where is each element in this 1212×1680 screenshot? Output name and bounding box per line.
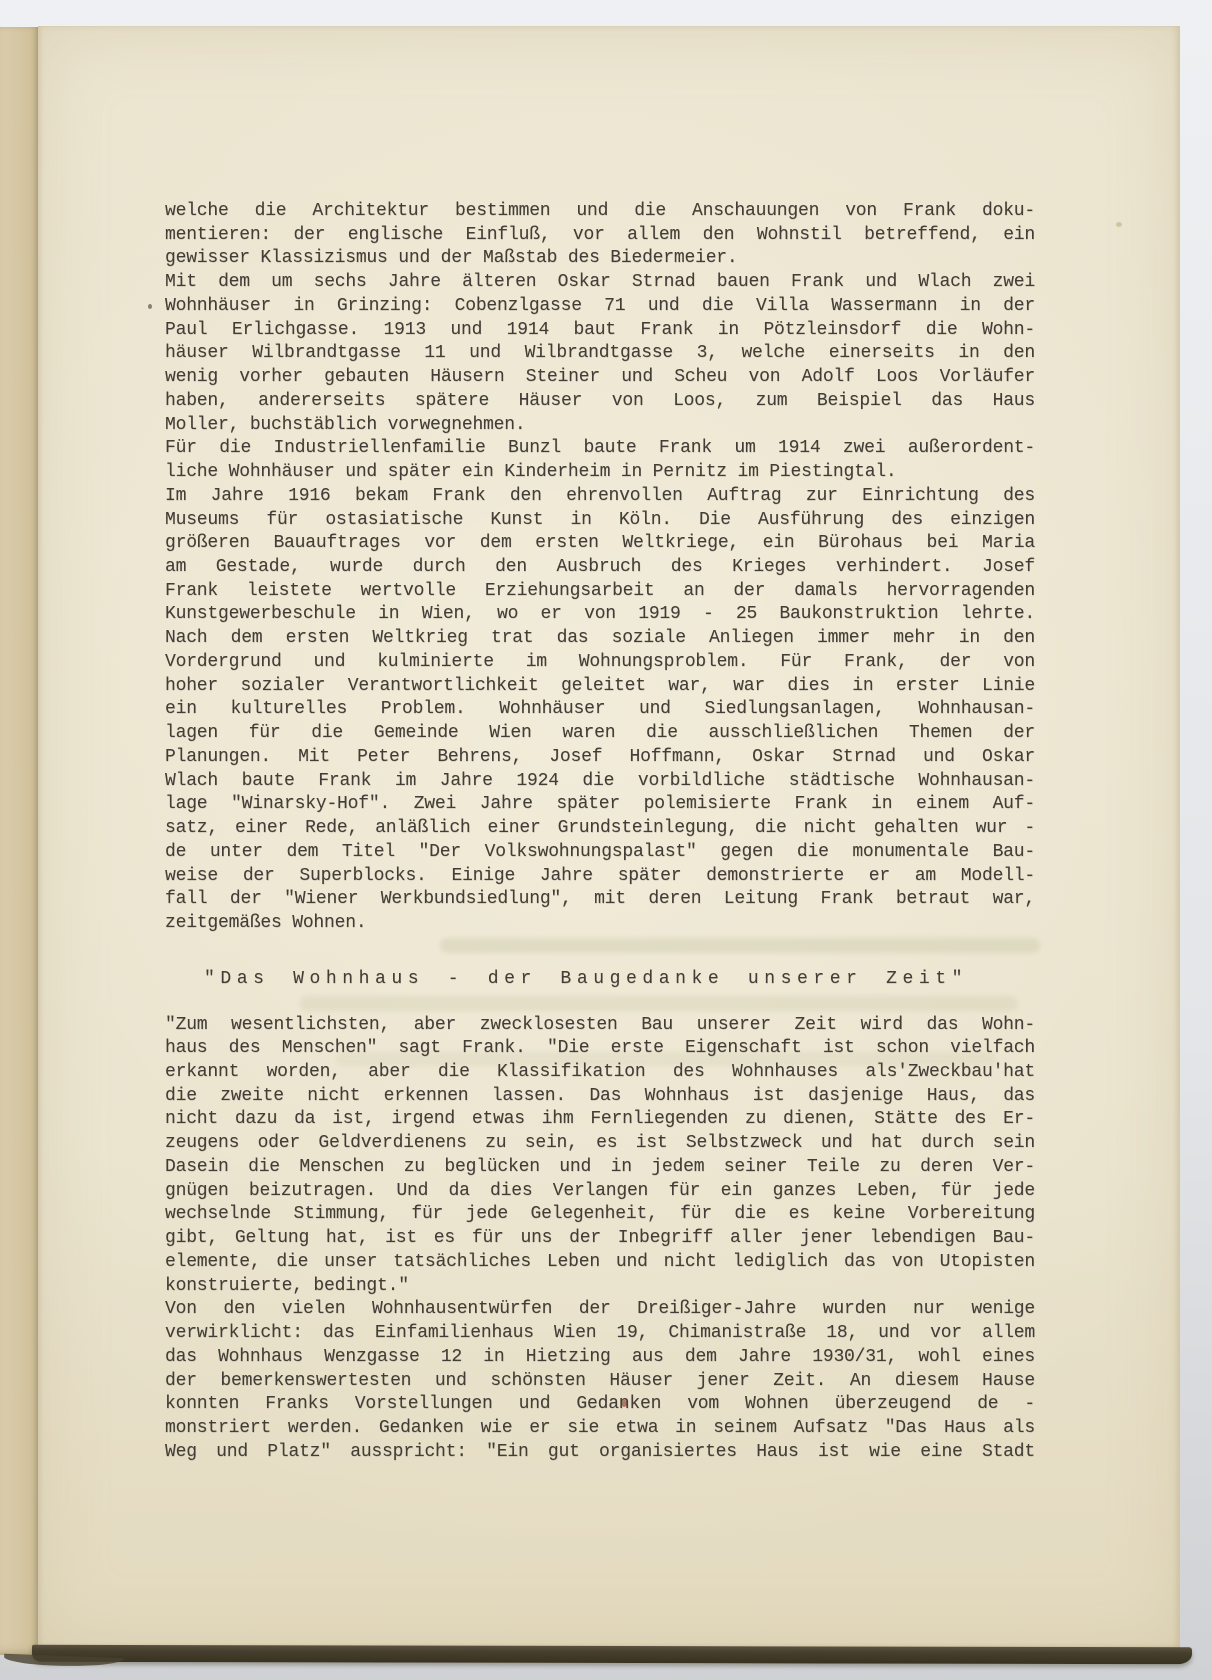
- text-line: Weg und Platz" ausspricht: "Ein gut orga…: [165, 1441, 1035, 1465]
- text-line: zeitgemäßes Wohnen.: [165, 912, 1035, 936]
- text-line: Paul Erlichgasse. 1913 und 1914 baut Fra…: [165, 319, 1035, 343]
- text-line: Vordergrund und kulminierte im Wohnungsp…: [165, 651, 1035, 675]
- text-line: Im Jahre 1916 bekam Frank den ehrenvolle…: [165, 485, 1035, 509]
- text-line: Für die Industriellenfamilie Bunzl baute…: [165, 437, 1035, 461]
- text-line: Wohnhäuser in Grinzing: Cobenzlgasse 71 …: [165, 295, 1035, 319]
- text-line: verwirklicht: das Einfamilienhaus Wien 1…: [165, 1322, 1035, 1346]
- ink-speck: [148, 304, 152, 309]
- text-line: "Zum wesentlichsten, aber zwecklosesten …: [165, 1014, 1035, 1038]
- text-line: die zweite nicht erkennen lassen. Das Wo…: [165, 1085, 1035, 1109]
- text-line: konnten Franks Vorstellungen und Gedanke…: [165, 1393, 1035, 1417]
- underlying-page-edge: [0, 27, 40, 1655]
- text-line: konstruierte, bedingt.": [165, 1275, 1035, 1299]
- text-line: Wlach baute Frank im Jahre 1924 die vorb…: [165, 770, 1035, 794]
- text-line: der bemerkenswertesten und schönsten Häu…: [165, 1370, 1035, 1394]
- text-line: satz, einer Rede, anläßlich einer Grunds…: [165, 817, 1035, 841]
- text-line: häuser Wilbrandtgasse 11 und Wilbrandtga…: [165, 342, 1035, 366]
- text-line: wechselnde Stimmung, für jede Gelegenhei…: [165, 1203, 1035, 1227]
- text-line: das Wohnhaus Wenzgasse 12 in Hietzing au…: [165, 1346, 1035, 1370]
- text-line: hoher sozialer Verantwortlichkeit geleit…: [165, 675, 1035, 699]
- text-line: gibt, Geltung hat, ist es für uns der In…: [165, 1227, 1035, 1251]
- text-line: lage "Winarsky-Hof". Zwei Jahre später p…: [165, 793, 1035, 817]
- text-line: größeren Bauauftrages vor dem ersten Wel…: [165, 532, 1035, 556]
- text-line: Mit dem um sechs Jahre älteren Oskar Str…: [165, 271, 1035, 295]
- text-line: Moller, buchstäblich vorwegnehmen.: [165, 414, 1035, 438]
- text-line: fall der "Wiener Werkbundsiedlung", mit …: [165, 888, 1035, 912]
- text-line: mentieren: der englische Einfluß, vor al…: [165, 224, 1035, 248]
- text-line: wenig vorher gebauten Häusern Steiner un…: [165, 366, 1035, 390]
- text-line: lagen für die Gemeinde Wien waren die au…: [165, 722, 1035, 746]
- document-page: welche die Architektur bestimmen und die…: [38, 26, 1180, 1648]
- paragraph: Im Jahre 1916 bekam Frank den ehrenvolle…: [165, 485, 1035, 627]
- text-line: Von den vielen Wohnhausentwürfen der Dre…: [165, 1298, 1035, 1322]
- text-line: welche die Architektur bestimmen und die…: [165, 200, 1035, 224]
- text-line: zeugens oder Geldverdienens zu sein, es …: [165, 1132, 1035, 1156]
- paragraph: "Zum wesentlichsten, aber zwecklosesten …: [165, 1014, 1035, 1299]
- text-line: haben, andererseits spätere Häuser von L…: [165, 390, 1035, 414]
- text-line: liche Wohnhäuser und später ein Kinderhe…: [165, 461, 1035, 485]
- section-heading: "Das Wohnhaus - der Baugedanke unserer Z…: [151, 968, 1021, 992]
- text-column: welche die Architektur bestimmen und die…: [165, 200, 1035, 1464]
- text-line: gewisser Klassizismus und der Maßstab de…: [165, 247, 1035, 271]
- paragraph: Für die Industriellenfamilie Bunzl baute…: [165, 437, 1035, 484]
- text-line: am Gestade, wurde durch den Ausbruch des…: [165, 556, 1035, 580]
- text-line: de unter dem Titel "Der Volkswohnungspal…: [165, 841, 1035, 865]
- page-stack-shadow: [32, 1645, 1192, 1664]
- scan-background: welche die Architektur bestimmen und die…: [0, 0, 1212, 1680]
- text-line: gnügen beizutragen. Und da dies Verlange…: [165, 1180, 1035, 1204]
- text-line: elemente, die unser tatsächliches Leben …: [165, 1251, 1035, 1275]
- paragraph: Mit dem um sechs Jahre älteren Oskar Str…: [165, 271, 1035, 437]
- text-line: monstriert werden. Gedanken wie er sie e…: [165, 1417, 1035, 1441]
- text-line: Nach dem ersten Weltkrieg trat das sozia…: [165, 627, 1035, 651]
- text-line: nicht dazu da ist, irgend etwas ihm Fern…: [165, 1108, 1035, 1132]
- text-line: haus des Menschen" sagt Frank. "Die erst…: [165, 1037, 1035, 1061]
- paper-blemish: [1116, 222, 1122, 227]
- paragraph: Nach dem ersten Weltkrieg trat das sozia…: [165, 627, 1035, 936]
- text-line: Planungen. Mit Peter Behrens, Josef Hoff…: [165, 746, 1035, 770]
- text-line: Kunstgewerbeschule in Wien, wo er von 19…: [165, 603, 1035, 627]
- text-line: Dasein die Menschen zu beglücken und in …: [165, 1156, 1035, 1180]
- paragraph: Von den vielen Wohnhausentwürfen der Dre…: [165, 1298, 1035, 1464]
- paragraph: welche die Architektur bestimmen und die…: [165, 200, 1035, 271]
- text-line: Museums für ostasiatische Kunst in Köln.…: [165, 509, 1035, 533]
- text-line: ein kulturelles Problem. Wohnhäuser und …: [165, 698, 1035, 722]
- text-line: weise der Superblocks. Einige Jahre spät…: [165, 865, 1035, 889]
- text-line: erkannt worden, aber die Klassifikation …: [165, 1061, 1035, 1085]
- text-line: Frank leistete wertvolle Erziehungsarbei…: [165, 580, 1035, 604]
